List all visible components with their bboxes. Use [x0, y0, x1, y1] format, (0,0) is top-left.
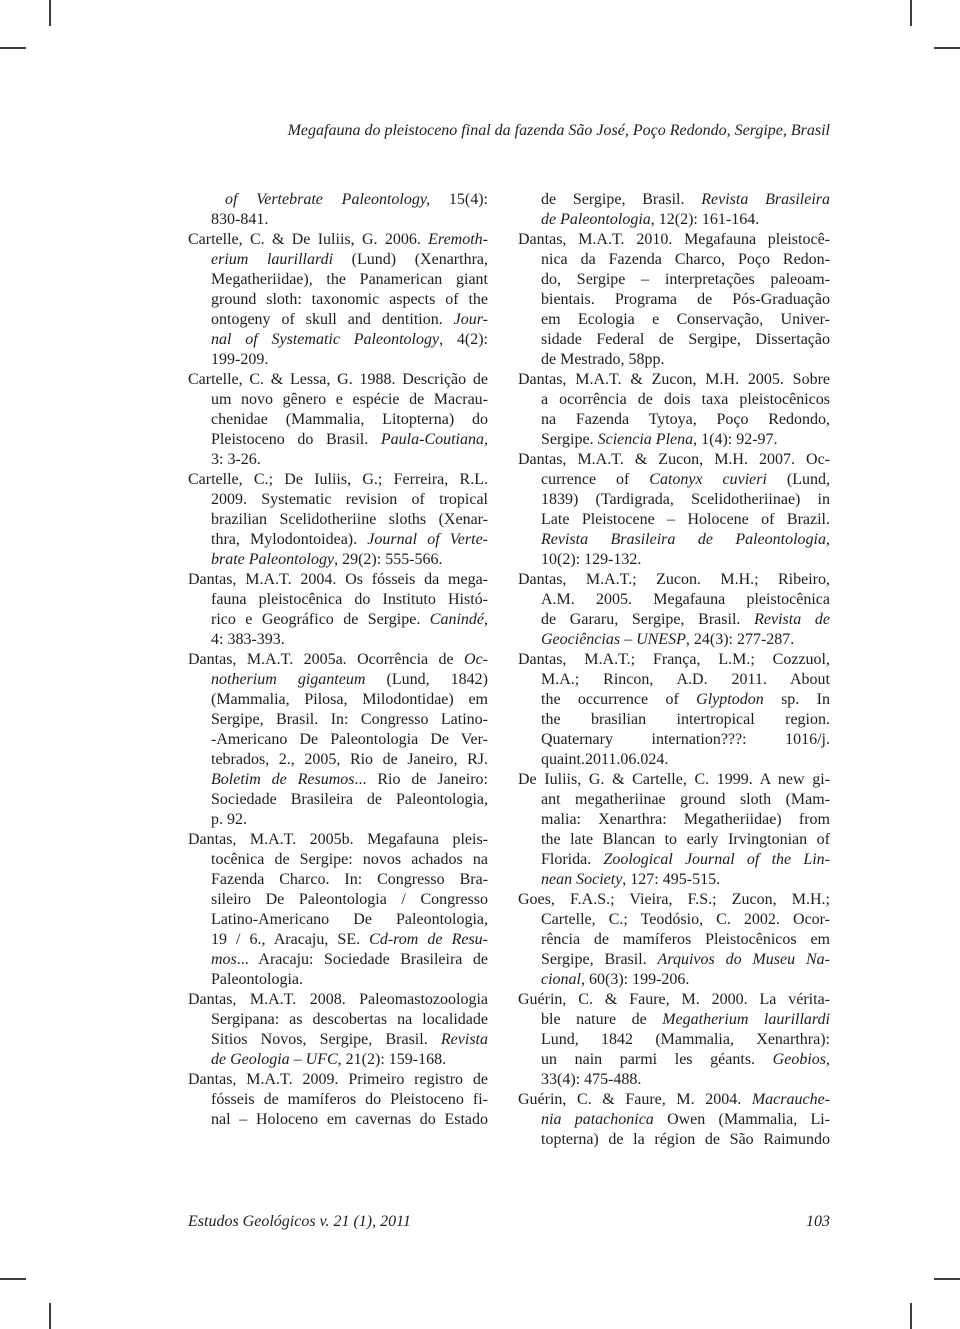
reference-line: Sitios Novos, Sergipe, Brasil. Revista	[188, 1030, 488, 1050]
reference-line: Dantas, M.A.T.; Zucon. M.H.; Ribeiro,	[518, 570, 830, 590]
reference-line: fauna pleistocênica do Instituto Histó-	[188, 590, 488, 610]
reference-line: nal of Systematic Paleontology, 4(2):	[188, 330, 488, 350]
reference-line: a ocorrência de dois taxa pleistocênicos	[518, 390, 830, 410]
reference-line: 199-209.	[188, 350, 488, 370]
reference-column-left: of Vertebrate Paleontology, 15(4):830-84…	[188, 190, 488, 1130]
reference-line: Geociências – UNESP, 24(3): 277-287.	[518, 630, 830, 650]
reference-line: Dantas, M.A.T. 2008. Paleomastozoologia	[188, 990, 488, 1010]
reference-line: rência de mamíferos Pleistocênicos em	[518, 930, 830, 950]
reference-line: 3: 3-26.	[188, 450, 488, 470]
reference-line: De Iuliis, G. & Cartelle, C. 1999. A new…	[518, 770, 830, 790]
reference-line: topterna) de la région de São Raimundo	[518, 1130, 830, 1150]
crop-mark-top-left-horizontal	[0, 47, 26, 49]
reference-line: Cartelle, C.; Teodósio, C. 2002. Ocor-	[518, 910, 830, 930]
reference-line: Sergipana: as descobertas na localidade	[188, 1010, 488, 1030]
reference-line: Florida. Zoological Journal of the Lin-	[518, 850, 830, 870]
reference-line: nean Society, 127: 495-515.	[518, 870, 830, 890]
reference-line: Dantas, M.A.T. 2004. Os fósseis da mega-	[188, 570, 488, 590]
reference-line: um novo gênero e espécie de Macrau-	[188, 390, 488, 410]
reference-line: ant megatheriinae ground sloth (Mam-	[518, 790, 830, 810]
reference-line: Latino-Americano De Paleontologia,	[188, 910, 488, 930]
reference-line: tebrados, 2., 2005, Rio de Janeiro, RJ.	[188, 750, 488, 770]
reference-line: 1839) (Tardigrada, Scelidotheriinae) in	[518, 490, 830, 510]
reference-line: chenidae (Mammalia, Litopterna) do	[188, 410, 488, 430]
reference-line: Revista Brasileira de Paleontologia,	[518, 530, 830, 550]
reference-line: Megatheriidae), the Panamerican giant	[188, 270, 488, 290]
reference-line: Sergipe, Brasil. Arquivos do Museu Na-	[518, 950, 830, 970]
reference-line: mos... Aracaju: Sociedade Brasileira de	[188, 950, 488, 970]
reference-line: Pleistoceno do Brasil. Paula-Coutiana,	[188, 430, 488, 450]
reference-line: em Ecologia e Conservação, Univer-	[518, 310, 830, 330]
reference-line: ble nature de Megatherium laurillardi	[518, 1010, 830, 1030]
reference-line: currence of Catonyx cuvieri (Lund,	[518, 470, 830, 490]
reference-column-right: de Sergipe, Brasil. Revista Brasileirade…	[518, 190, 830, 1150]
reference-line: Paleontologia.	[188, 970, 488, 990]
reference-line: Boletim de Resumos... Rio de Janeiro:	[188, 770, 488, 790]
reference-line: 2009. Systematic revision of tropical	[188, 490, 488, 510]
crop-mark-top-left-vertical	[49, 0, 51, 26]
reference-line: the occurrence of Glyptodon sp. In	[518, 690, 830, 710]
reference-line: A.M. 2005. Megafauna pleistocênica	[518, 590, 830, 610]
reference-line: quaint.2011.06.024.	[518, 750, 830, 770]
reference-line: Sociedade Brasileira de Paleontologia,	[188, 790, 488, 810]
reference-line: Sergipe, Brasil. In: Congresso Latino-	[188, 710, 488, 730]
reference-line: de Geologia – UFC, 21(2): 159-168.	[188, 1050, 488, 1070]
reference-line: Cartelle, C.; De Iuliis, G.; Ferreira, R…	[188, 470, 488, 490]
crop-mark-bottom-right-vertical	[910, 1303, 912, 1329]
reference-line: of Vertebrate Paleontology, 15(4):	[188, 190, 488, 210]
reference-line: na Fazenda Tytoya, Poço Redondo,	[518, 410, 830, 430]
reference-line: Sergipe. Sciencia Plena, 1(4): 92-97.	[518, 430, 830, 450]
reference-line: the late Blancan to early Irvingtonian o…	[518, 830, 830, 850]
reference-line: Dantas, M.A.T. 2009. Primeiro registro d…	[188, 1070, 488, 1090]
reference-line: Dantas, M.A.T. 2010. Megafauna pleistocê…	[518, 230, 830, 250]
reference-line: Dantas, M.A.T. & Zucon, M.H. 2007. Oc-	[518, 450, 830, 470]
running-header: Megafauna do pleistoceno final da fazend…	[188, 121, 830, 141]
reference-line: 4: 383-393.	[188, 630, 488, 650]
reference-line: thra, Mylodontoidea). Journal of Verte-	[188, 530, 488, 550]
reference-line: de Paleontologia, 12(2): 161-164.	[518, 210, 830, 230]
reference-line: sileiro De Paleontologia / Congresso	[188, 890, 488, 910]
reference-line: -Americano De Paleontologia De Ver-	[188, 730, 488, 750]
reference-line: bientais. Programa de Pós-Graduação	[518, 290, 830, 310]
reference-line: brazilian Scelidotheriine sloths (Xenar-	[188, 510, 488, 530]
reference-line: Goes, F.A.S.; Vieira, F.S.; Zucon, M.H.;	[518, 890, 830, 910]
reference-line: do, Sergipe – interpretações paleoam-	[518, 270, 830, 290]
reference-line: Dantas, M.A.T.; França, L.M.; Cozzuol,	[518, 650, 830, 670]
crop-mark-top-right-vertical	[910, 0, 912, 26]
reference-line: Dantas, M.A.T. 2005a. Ocorrência de Oc-	[188, 650, 488, 670]
reference-line: nica da Fazenda Charco, Poço Redon-	[518, 250, 830, 270]
reference-line: de Gararu, Sergipe, Brasil. Revista de	[518, 610, 830, 630]
reference-line: un nain parmi les géants. Geobios,	[518, 1050, 830, 1070]
reference-line: 33(4): 475-488.	[518, 1070, 830, 1090]
reference-line: brate Paleontology, 29(2): 555-566.	[188, 550, 488, 570]
footer-page-number: 103	[518, 1212, 830, 1232]
footer-journal-title: Estudos Geológicos v. 21 (1), 2011	[188, 1212, 411, 1232]
reference-line: malia: Xenarthra: Megatheriidae) from	[518, 810, 830, 830]
reference-line: p. 92.	[188, 810, 488, 830]
reference-line: cional, 60(3): 199-206.	[518, 970, 830, 990]
reference-line: ontogeny of skull and dentition. Jour-	[188, 310, 488, 330]
reference-line: 10(2): 129-132.	[518, 550, 830, 570]
reference-line: Dantas, M.A.T. 2005b. Megafauna pleis-	[188, 830, 488, 850]
reference-line: 830-841.	[188, 210, 488, 230]
reference-line: ground sloth: taxonomic aspects of the	[188, 290, 488, 310]
crop-mark-bottom-left-vertical	[49, 1303, 51, 1329]
reference-line: erium laurillardi (Lund) (Xenarthra,	[188, 250, 488, 270]
reference-line: Guérin, C. & Faure, M. 2004. Macrauche-	[518, 1090, 830, 1110]
reference-line: Dantas, M.A.T. & Zucon, M.H. 2005. Sobre	[518, 370, 830, 390]
crop-mark-bottom-left-horizontal	[0, 1278, 26, 1280]
reference-line: Cartelle, C. & De Iuliis, G. 2006. Eremo…	[188, 230, 488, 250]
reference-line: Guérin, C. & Faure, M. 2000. La vérita-	[518, 990, 830, 1010]
reference-line: the brasilian intertropical region.	[518, 710, 830, 730]
reference-line: fósseis de mamíferos do Pleistoceno fi-	[188, 1090, 488, 1110]
reference-line: (Mammalia, Pilosa, Milodontidae) em	[188, 690, 488, 710]
reference-line: nal – Holoceno em cavernas do Estado	[188, 1110, 488, 1130]
reference-line: nia patachonica Owen (Mammalia, Li-	[518, 1110, 830, 1130]
reference-line: M.A.; Rincon, A.D. 2011. About	[518, 670, 830, 690]
reference-line: Lund, 1842 (Mammalia, Xenarthra):	[518, 1030, 830, 1050]
reference-line: Late Pleistocene – Holocene of Brazil.	[518, 510, 830, 530]
reference-line: Fazenda Charco. In: Congresso Bra-	[188, 870, 488, 890]
reference-line: 19 / 6., Aracaju, SE. Cd-rom de Resu-	[188, 930, 488, 950]
reference-line: sidade Federal de Sergipe, Dissertação	[518, 330, 830, 350]
document-page: Megafauna do pleistoceno final da fazend…	[0, 0, 960, 1329]
reference-line: tocênica de Sergipe: novos achados na	[188, 850, 488, 870]
reference-line: rico e Geográfico de Sergipe. Canindé,	[188, 610, 488, 630]
reference-line: de Mestrado, 58pp.	[518, 350, 830, 370]
crop-mark-top-right-horizontal	[934, 47, 960, 49]
reference-line: Quaternary internation???: 1016/j.	[518, 730, 830, 750]
reference-line: notherium giganteum (Lund, 1842)	[188, 670, 488, 690]
reference-line: de Sergipe, Brasil. Revista Brasileira	[518, 190, 830, 210]
crop-mark-bottom-right-horizontal	[934, 1278, 960, 1280]
reference-line: Cartelle, C. & Lessa, G. 1988. Descrição…	[188, 370, 488, 390]
